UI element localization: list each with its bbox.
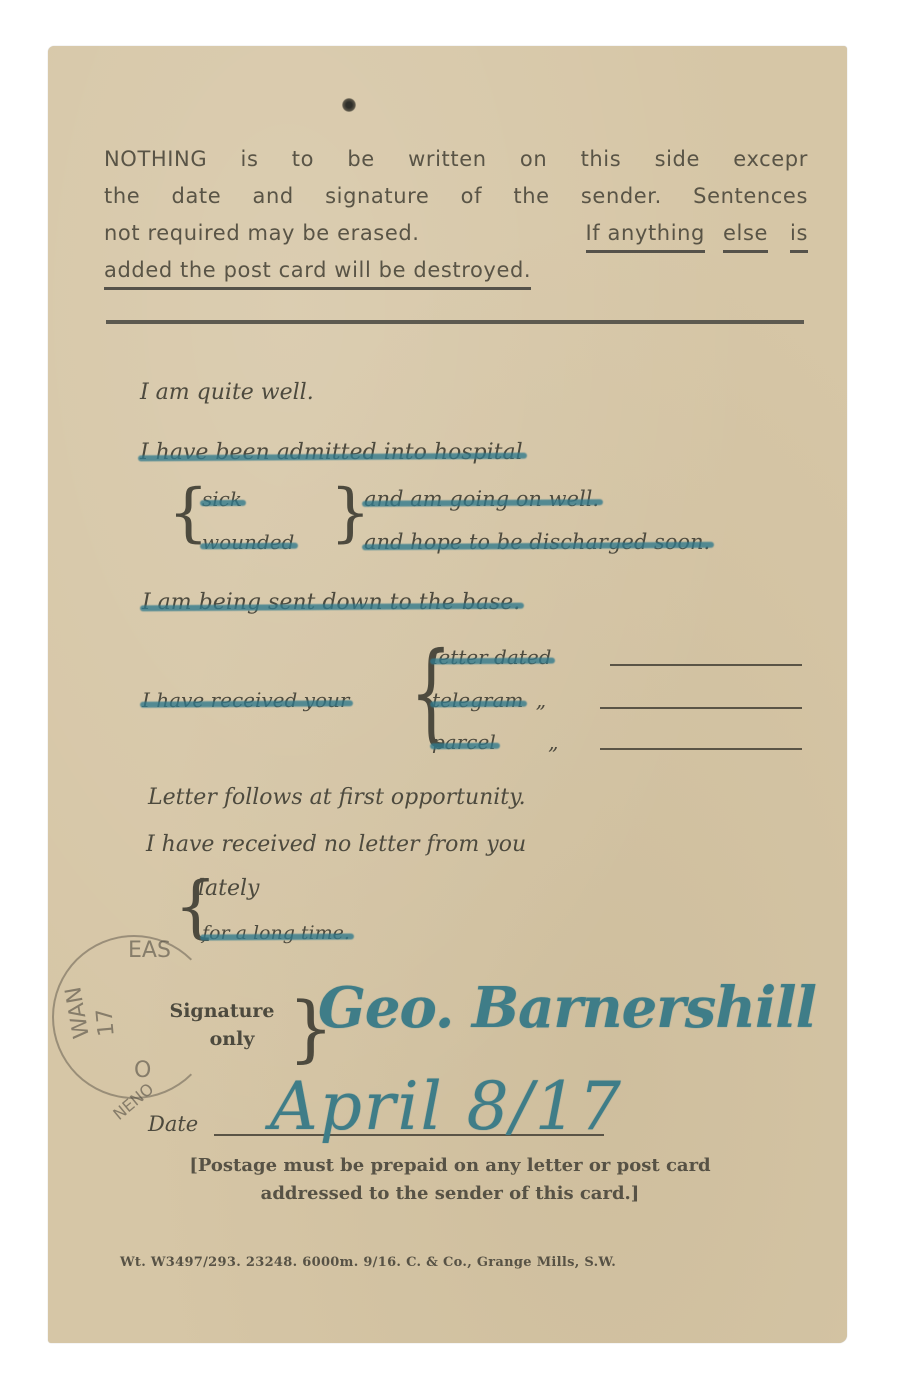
struck-text: sick	[202, 487, 242, 511]
notice-word: Sentences	[693, 179, 808, 216]
statement-base: I am being sent down to the base.	[142, 590, 520, 615]
notice-text: not required may be erased.	[104, 216, 420, 253]
notice-word: excepr	[733, 142, 808, 179]
notice-word: side	[655, 142, 700, 179]
option-lately: lately	[198, 876, 259, 901]
struck-text: I have been admitted into hospital	[140, 440, 523, 465]
date-handwritten[interactable]: April 8/17	[270, 1068, 623, 1145]
notice-warning-underlined: If anything else is	[586, 216, 809, 253]
postage-note-line2: addressed to the sender of this card.]	[110, 1180, 790, 1208]
telegram-date-blank[interactable]	[600, 707, 802, 709]
divider-rule	[106, 320, 804, 324]
printer-imprint: Wt. W3497/293. 23248. 6000m. 9/16. C. & …	[120, 1255, 616, 1270]
statement-received: I have received your	[142, 688, 349, 712]
statement-text: I am quite well.	[140, 380, 314, 405]
statement-quite-well: I am quite well.	[140, 380, 314, 405]
underlined-text: is	[790, 216, 808, 253]
letter-date-blank[interactable]	[610, 664, 802, 666]
notice-word: is	[241, 142, 259, 179]
notice-word: date	[172, 179, 222, 216]
option-wounded: wounded	[202, 530, 294, 554]
notice-word: NOTHING	[104, 142, 207, 179]
notice-word: and	[253, 179, 294, 216]
struck-text: for a long time.	[202, 922, 350, 944]
notice-word: the	[513, 179, 549, 216]
signature-label-line1: Signature	[150, 1000, 294, 1022]
statement-text: lately	[198, 876, 259, 901]
struck-text: telegram	[432, 688, 523, 712]
notice-word: on	[520, 142, 547, 179]
underlined-text: else	[723, 216, 768, 253]
struck-text: and hope to be discharged soon.	[364, 530, 710, 554]
punch-hole-mark	[342, 98, 356, 112]
postmark-text: 17	[92, 1007, 119, 1037]
option-telegram: telegram „	[432, 688, 546, 712]
date-label: Date	[148, 1112, 198, 1136]
option-letter-dated: letter dated	[432, 645, 551, 669]
notice-word: be	[347, 142, 374, 179]
option-parcel: parcel „	[432, 730, 558, 754]
struck-text: letter dated	[432, 645, 551, 669]
notice-block: NOTHING is to be written on this side ex…	[104, 142, 808, 290]
statement-text: I have received no letter from you	[146, 832, 526, 857]
notice-word: of	[461, 179, 482, 216]
notice-word: to	[292, 142, 314, 179]
notice-word: signature	[325, 179, 429, 216]
notice-word: written	[408, 142, 487, 179]
notice-word: this	[581, 142, 622, 179]
ditto-mark: „	[536, 688, 546, 712]
postage-note-line1: [Postage must be prepaid on any letter o…	[110, 1152, 790, 1180]
struck-text: I have received your	[142, 688, 349, 712]
ditto-mark: „	[548, 730, 558, 754]
option-sick: sick	[202, 487, 242, 511]
struck-text: and am going on well.	[364, 487, 599, 511]
struck-text: parcel	[432, 730, 496, 754]
postmark-text: O	[134, 1058, 151, 1083]
notice-line-3: not required may be erased. If anything …	[104, 216, 808, 253]
struck-text: I am being sent down to the base.	[142, 590, 520, 615]
statement-letter-follows: Letter follows at first opportunity.	[148, 785, 526, 810]
option-long-time: for a long time.	[202, 922, 350, 944]
notice-word: the	[104, 179, 140, 216]
statement-no-letter: I have received no letter from you	[146, 832, 526, 857]
statement-hospital: I have been admitted into hospital	[140, 440, 523, 465]
postmark-text: EAS	[128, 938, 171, 963]
notice-line-4: added the post card will be destroyed.	[104, 253, 808, 290]
notice-word: sender.	[581, 179, 662, 216]
struck-text: wounded	[202, 530, 294, 554]
statement-text: Letter follows at first opportunity.	[148, 785, 526, 810]
notice-line-2: the date and signature of the sender. Se…	[104, 179, 808, 216]
underlined-text: added the post card will be destroyed.	[104, 253, 531, 290]
signature-handwritten[interactable]: Geo. Barnershill	[318, 975, 816, 1041]
underlined-text: If anything	[586, 216, 706, 253]
parcel-date-blank[interactable]	[600, 748, 802, 750]
postage-note: [Postage must be prepaid on any letter o…	[110, 1152, 790, 1208]
signature-label-line2: only	[150, 1028, 294, 1050]
notice-line-1: NOTHING is to be written on this side ex…	[104, 142, 808, 179]
signature-label: Signature only	[150, 1000, 294, 1050]
option-discharged-soon: and hope to be discharged soon.	[364, 530, 710, 554]
option-going-on-well: and am going on well.	[364, 487, 599, 511]
